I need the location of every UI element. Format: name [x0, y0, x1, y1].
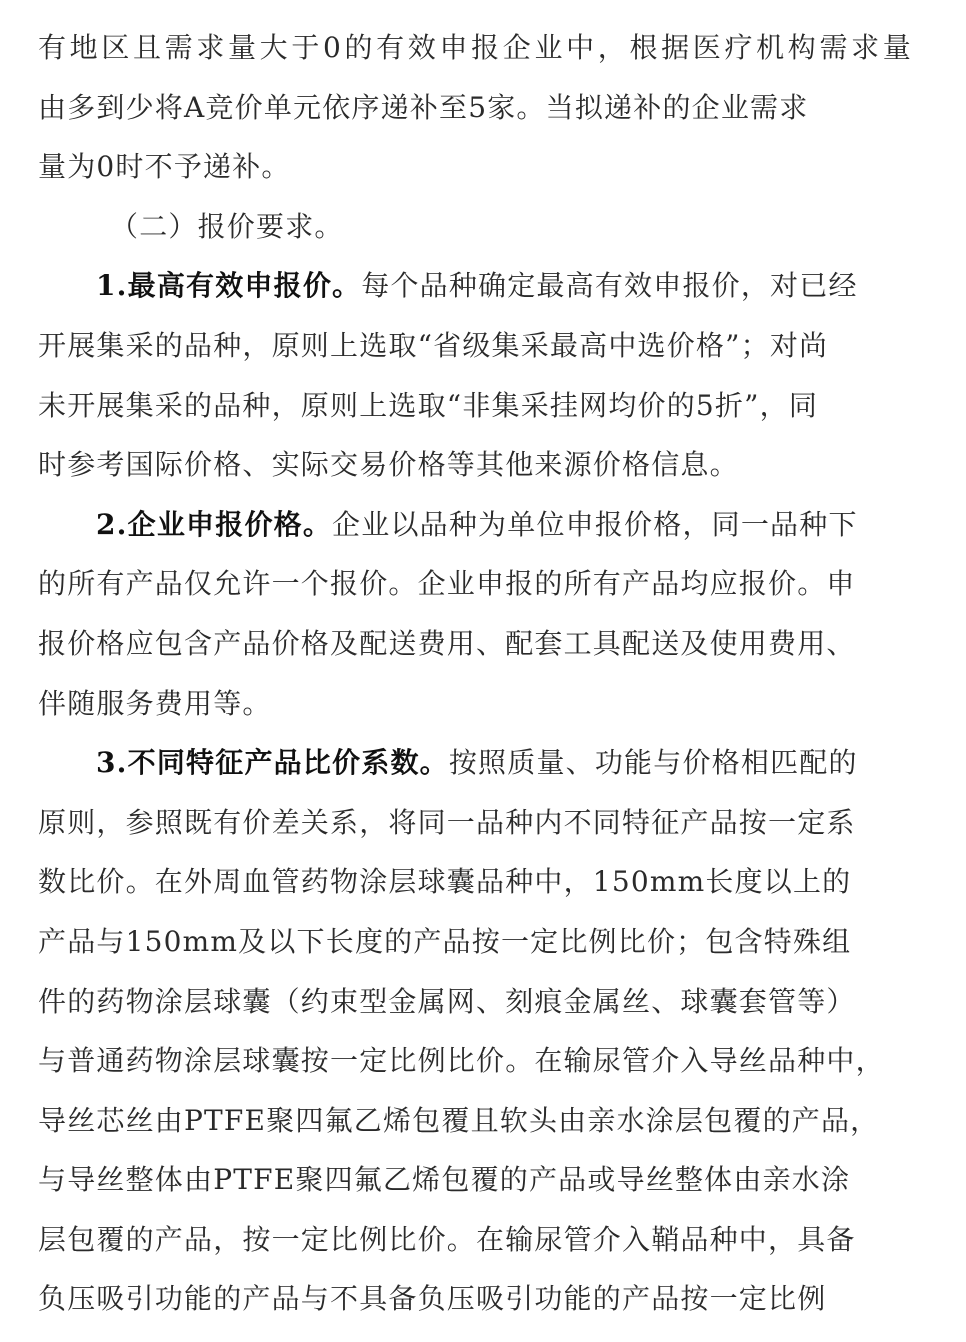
text-line: 由多到少将A竞价单元依序递补至5家。当拟递补的企业需求	[38, 78, 912, 138]
text-line: 与导丝整体由PTFE聚四氟乙烯包覆的产品或导丝整体由亲水涂	[38, 1150, 912, 1210]
text-line: 量为0时不予递补。	[38, 137, 912, 197]
item-number: 1.	[96, 269, 128, 302]
text-line: 件的药物涂层球囊（约束型金属网、刻痕金属丝、球囊套管等）	[38, 972, 912, 1032]
section-heading: （二）报价要求。	[38, 197, 912, 257]
text-line: 与普通药物涂层球囊按一定比例比价。在输尿管介入导丝品种中，	[38, 1031, 912, 1091]
text-line: 未开展集采的品种，原则上选取“非集采挂网均价的5折”，同	[38, 376, 912, 436]
text-line: 时参考国际价格、实际交易价格等其他来源价格信息。	[38, 435, 912, 495]
text-line: 层包覆的产品，按一定比例比价。在输尿管介入鞘品种中，具备	[38, 1210, 912, 1270]
text-line: 导丝芯丝由PTFE聚四氟乙烯包覆且软头由亲水涂层包覆的产品，	[38, 1091, 912, 1151]
text-line: 报价格应包含产品价格及配送费用、配套工具配送及使用费用、	[38, 614, 912, 674]
text-line: 的所有产品仅允许一个报价。企业申报的所有产品均应报价。申	[38, 554, 912, 614]
item-2-first-line: 2.企业申报价格。企业以品种为单位申报价格，同一品种下	[38, 495, 912, 555]
item-1-first-line: 1.最高有效申报价。每个品种确定最高有效申报价，对已经	[38, 256, 912, 316]
text-line: 伴随服务费用等。	[38, 674, 912, 734]
item-number: 2.	[96, 508, 128, 541]
item-title: 不同特征产品比价系数。	[128, 746, 449, 779]
item-text: 企业以品种为单位申报价格，同一品种下	[332, 508, 858, 541]
text-line: 有地区且需求量大于0的有效申报企业中，根据医疗机构需求量	[38, 18, 912, 78]
text-line: 数比价。在外周血管药物涂层球囊品种中，150mm长度以上的	[38, 852, 912, 912]
item-text: 每个品种确定最高有效申报价，对已经	[361, 269, 857, 302]
text-line: 开展集采的品种，原则上选取“省级集采最高中选价格”；对尚	[38, 316, 912, 376]
item-title: 企业申报价格。	[128, 508, 332, 541]
text-line: 产品与150mm及以下长度的产品按一定比例比价；包含特殊组	[38, 912, 912, 972]
text-line: 原则，参照既有价差关系，将同一品种内不同特征产品按一定系	[38, 793, 912, 853]
text-line: 负压吸引功能的产品与不具备负压吸引功能的产品按一定比例	[38, 1269, 912, 1329]
item-number: 3.	[96, 746, 128, 779]
item-3-first-line: 3.不同特征产品比价系数。按照质量、功能与价格相匹配的	[38, 733, 912, 793]
document-page: 有地区且需求量大于0的有效申报企业中，根据医疗机构需求量 由多到少将A竞价单元依…	[38, 18, 912, 1329]
item-title: 最高有效申报价。	[128, 269, 362, 302]
item-text: 按照质量、功能与价格相匹配的	[449, 746, 858, 779]
